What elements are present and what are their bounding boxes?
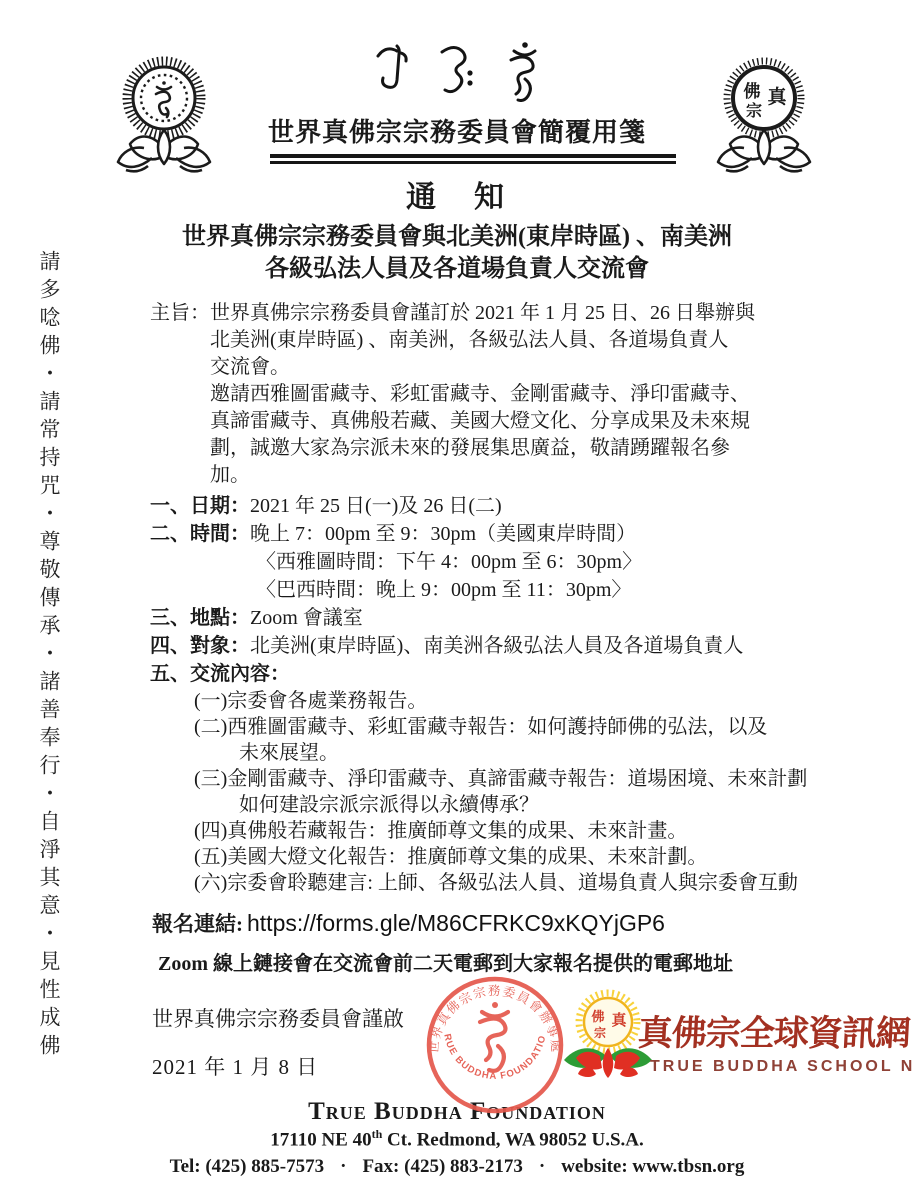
subject-line: 劃，誠邀大家為宗派未來的發展集思廣益，敬請踴躍報名參 bbox=[210, 435, 755, 462]
heading-line: 世界真佛宗宗務委員會與北美洲(東岸時區) 、南美洲 bbox=[0, 221, 914, 253]
agenda-subitem: (六)宗委會聆聽建言: 上師、各級弘法人員、道場負責人與宗委會互動 bbox=[194, 870, 807, 896]
agenda-item-text: 2021 年 25 日(一)及 26 日(二) bbox=[250, 495, 502, 517]
signature-date: 2021 年 1 月 8 日 bbox=[152, 1051, 404, 1081]
side-motto: 請多唸佛・請常持咒・尊敬傳承・諸善奉行・自淨其意・見性成佛 bbox=[30, 250, 64, 1062]
footer-address-sup: th bbox=[372, 1127, 383, 1141]
footer-address-pre: 17110 NE 40 bbox=[270, 1129, 371, 1150]
tbsn-seal-char: 真 bbox=[611, 1011, 627, 1029]
footer-tel: Tel: (425) 885-7573 bbox=[170, 1156, 324, 1177]
agenda-subitem: (一)宗委會各處業務報告。 bbox=[194, 688, 807, 714]
seed-syllables-om-ah-hum-icon bbox=[366, 38, 556, 102]
agenda-time-note: 〈西雅圖時間：下午 4：00pm 至 6：30pm〉 bbox=[256, 548, 807, 576]
agenda-subitem: (三)金剛雷藏寺、淨印雷藏寺、真諦雷藏寺報告：道場困境、未來計劃 bbox=[194, 766, 807, 792]
registration-link[interactable]: https://forms.gle/M86CFRKC9xKQYjGP6 bbox=[247, 910, 665, 936]
subject-line: 邀請西雅圖雷藏寺、彩虹雷藏寺、金剛雷藏寺、淨印雷藏寺、 bbox=[210, 381, 755, 408]
agenda-item-label: 二、時間： bbox=[150, 523, 250, 545]
subject-line: 加。 bbox=[210, 462, 755, 489]
agenda-item-label: 四、對象： bbox=[150, 635, 250, 657]
agenda-subitem-cont: 如何建設宗派宗派得以永續傳承？ bbox=[239, 792, 807, 818]
heading-line: 各級弘法人員及各道場負責人交流會 bbox=[0, 253, 914, 285]
footer-separator: · bbox=[539, 1156, 545, 1178]
registration-block: 報名連結:https://forms.gle/M86CFRKC9xKQYjGP6… bbox=[152, 908, 733, 976]
footer-address: 17110 NE 40th Ct. Redmond, WA 98052 U.S.… bbox=[0, 1127, 914, 1151]
subject-line: 北美洲(東岸時區) 、南美洲，各級弘法人員、各道場負責人 bbox=[210, 327, 755, 354]
agenda-item: 一、日期：2021 年 25 日(一)及 26 日(二) bbox=[150, 492, 807, 520]
agenda-item-text: 晚上 7：00pm 至 9：30pm（美國東岸時間） bbox=[250, 523, 636, 545]
agenda-list: 一、日期：2021 年 25 日(一)及 26 日(二) 二、時間：晚上 7：0… bbox=[150, 492, 807, 896]
tbsn-lotus bbox=[576, 1048, 640, 1078]
agenda-item-text: Zoom 會議室 bbox=[250, 607, 363, 629]
notice-heading: 世界真佛宗宗務委員會與北美洲(東岸時區) 、南美洲 各級弘法人員及各道場負責人交… bbox=[0, 221, 914, 285]
agenda-item: 三、地點：Zoom 會議室 bbox=[150, 604, 807, 632]
subject-line: 真諦雷藏寺、真佛般若藏、美國大燈文化、分享成果及未來規 bbox=[210, 408, 755, 435]
subject-lines: 世界真佛宗宗務委員會謹訂於 2021 年 1 月 25 日、26 日舉辦與 北美… bbox=[210, 300, 755, 489]
tbsn-seal-char: 宗 bbox=[594, 1025, 606, 1040]
footer-contact-line: Tel: (425) 885-7573·Fax: (425) 883-2173·… bbox=[0, 1156, 914, 1178]
agenda-item-text: 北美洲(東岸時區)、南美洲各級弘法人員及各道場負責人 bbox=[250, 635, 743, 657]
agenda-time-note: 〈巴西時間：晚上 9：00pm 至 11：30pm〉 bbox=[256, 576, 807, 604]
agenda-item: 四、對象：北美洲(東岸時區)、南美洲各級弘法人員及各道場負責人 bbox=[150, 632, 807, 660]
subject-block: 主旨： 世界真佛宗宗務委員會謹訂於 2021 年 1 月 25 日、26 日舉辦… bbox=[150, 300, 755, 489]
document-page: 請多唸佛・請常持咒・尊敬傳承・諸善奉行・自淨其意・見性成佛 佛 真 宗 bbox=[0, 0, 914, 1200]
footer-address-post: Ct. Redmond, WA 98052 U.S.A. bbox=[382, 1129, 643, 1150]
agenda-item: 二、時間：晚上 7：00pm 至 9：30pm（美國東岸時間） bbox=[150, 520, 807, 548]
subject-line: 交流會。 bbox=[210, 354, 755, 381]
agenda-item: 五、交流內容： bbox=[150, 660, 807, 688]
footer-separator: · bbox=[340, 1156, 346, 1178]
agenda-subitem: (五)美國大燈文化報告：推廣師尊文集的成果、未來計劃。 bbox=[194, 844, 807, 870]
agenda-subitem-cont: 未來展望。 bbox=[239, 740, 807, 766]
subject-label: 主旨： bbox=[150, 300, 210, 489]
agenda-item-label: 一、日期： bbox=[150, 495, 250, 517]
agenda-subitem: (二)西雅圖雷藏寺、彩虹雷藏寺報告：如何護持師佛的弘法，以及 bbox=[194, 714, 807, 740]
seal-char: 真 bbox=[767, 85, 787, 108]
agenda-item-label: 五、交流內容： bbox=[150, 663, 290, 685]
footer-fax: Fax: (425) 883-2173 bbox=[362, 1156, 522, 1177]
seal-char: 佛 bbox=[744, 81, 761, 101]
red-foundation-stamp-icon: 世界真佛宗宗務委員會辦事處 TRUE BUDDHA FOUNDATION bbox=[424, 974, 566, 1116]
agenda-subitem: (四)真佛般若藏報告：推廣師尊文集的成果、未來計畫。 bbox=[194, 818, 807, 844]
double-rule bbox=[270, 154, 676, 164]
signature-closing: 世界真佛宗宗務委員會謹啟 bbox=[152, 1003, 404, 1033]
tbsn-english-wordmark: TRUE BUDDHA SCHOOL NET bbox=[650, 1058, 914, 1076]
registration-label: 報名連結: bbox=[152, 912, 243, 936]
footer-website: website: www.tbsn.org bbox=[561, 1156, 744, 1177]
letterhead-title: 世界真佛宗宗務委員會簡覆用箋 bbox=[0, 112, 914, 149]
agenda-item-label: 三、地點： bbox=[150, 607, 250, 629]
stamp-seed-syllable-icon bbox=[480, 1002, 508, 1071]
notice-title: 通 知 bbox=[0, 172, 914, 216]
tbsn-chinese-wordmark: 真佛宗全球資訊網 bbox=[637, 1006, 912, 1056]
subject-line: 世界真佛宗宗務委員會謹訂於 2021 年 1 月 25 日、26 日舉辦與 bbox=[210, 300, 755, 327]
signature-block: 世界真佛宗宗務委員會謹啟 2021 年 1 月 8 日 bbox=[152, 1003, 404, 1081]
tbsn-seal-char: 佛 bbox=[590, 1009, 604, 1024]
zoom-note: Zoom 線上鏈接會在交流會前二天電郵到大家報名提供的電郵地址 bbox=[158, 947, 733, 976]
